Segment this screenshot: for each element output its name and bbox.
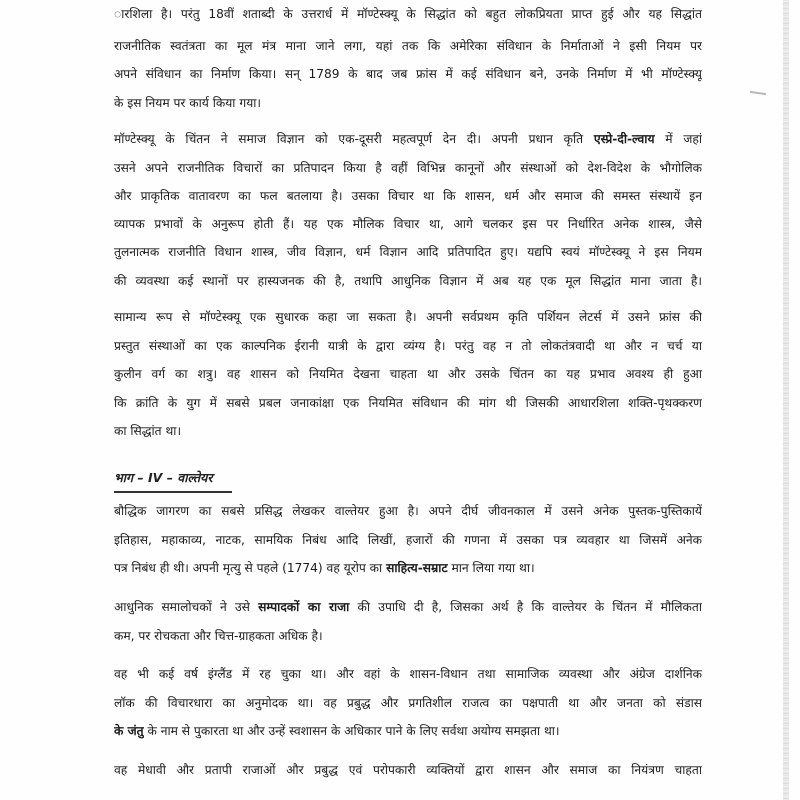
text-line: बौद्धिक जागरण का सबसे प्रसिद्ध लेखकर वाल… <box>114 500 702 522</box>
text-line: प्रस्तुत संस्थाओं का एक काल्पनिक ईरानी य… <box>114 335 702 357</box>
scan-speck <box>750 91 766 95</box>
text-line: कि क्रांति के युग में सबसे प्रबल जनाकांक… <box>114 392 702 414</box>
text-line: तुलनात्मक राजनीति विधान शास्त्र, जीव विज… <box>114 241 702 263</box>
text-line: लॉक की विचारधारा का अनुमोदक था। वह प्रबु… <box>114 692 702 714</box>
heading-underline <box>114 491 232 493</box>
text-line: और प्राकृतिक वातावरण का फल बतलाया है। उस… <box>114 185 702 207</box>
section-heading: भाग – IV – वाल्तेयर <box>114 467 213 489</box>
text-line: ारशिला है। परंतु 18वीं शताब्दी के उत्तरा… <box>114 3 702 25</box>
text-line: की व्यवस्था कई स्थानों पर हास्यजनक की है… <box>114 270 702 292</box>
text-line: राजनीतिक स्वतंत्रता का मूल मंत्र माना जा… <box>114 35 702 57</box>
text-line: मॉण्टेस्क्यू के चिंतन ने समाज विज्ञान को… <box>114 128 702 150</box>
text-line: आधुनिक समालोचकों ने उसे सम्पादकों का राज… <box>114 596 702 618</box>
text-line: का सिद्धांत था। <box>114 420 702 442</box>
emphasized-text: सम्पादकों का राजा <box>258 600 349 614</box>
text-line: पत्र निबंध ही थी। अपनी मृत्यु से पहले (1… <box>114 557 702 579</box>
text-line: इतिहास, महाकाव्य, नाटक, सामयिक निबंध आदि… <box>114 529 702 551</box>
scan-edge-shadow <box>783 0 789 800</box>
text-line: वह भी कई वर्ष इंग्लैंड में रह चुका था। औ… <box>114 663 702 685</box>
emphasized-text: एस्प्रे-दी-ल्वाय <box>594 132 655 146</box>
emphasized-text: के जंतु <box>114 724 144 738</box>
text-line: वह मेधावी और प्रतापी राजाओं और प्रबुद्ध … <box>114 759 702 781</box>
text-line: उसने अपने राजनीतिक विचारों का प्रतिपादन … <box>114 157 702 179</box>
text-line: अपने संविधान का निर्माण किया। सन् 1789 क… <box>114 63 702 85</box>
text-line: कम, पर रोचकता और चित्त-ग्राहकता अधिक है। <box>114 625 702 647</box>
text-line: व्यापक प्रभावों के अनुरूप होती हैं। यह ए… <box>114 213 702 235</box>
text-line: सामान्य रूप से मॉण्टेस्क्यू एक सुधारक कह… <box>114 306 702 328</box>
text-line: कुलीन वर्ग का शत्रु। वह शासन को नियमित द… <box>114 363 702 385</box>
scanned-page: ारशिला है। परंतु 18वीं शताब्दी के उत्तरा… <box>0 0 800 800</box>
emphasized-text: साहित्य-सम्राट <box>386 561 448 575</box>
text-line: के जंतु के नाम से पुकारता था और उन्हें स… <box>114 720 702 742</box>
text-line: के इस नियम पर कार्य किया गया। <box>114 92 702 114</box>
